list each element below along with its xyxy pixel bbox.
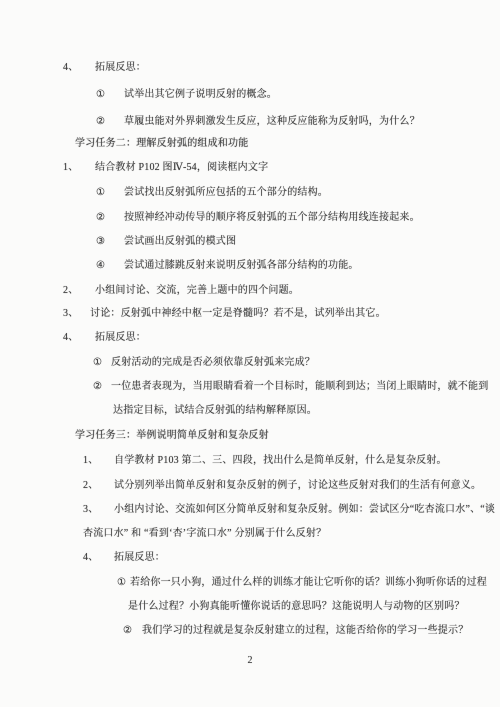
item-text: 是什么过程？小狗真能听懂你说话的意思吗？这能说明人与动物的区别吗？ bbox=[128, 601, 465, 613]
item-text: 杏流口水” 和 “看到‘杏’字流口水” 分别属于什么反射？ bbox=[83, 528, 326, 540]
item-text: 反射活动的完成是否必须依靠反射弧来完成？ bbox=[111, 357, 315, 369]
numbered-item: 4、 拓展反思： bbox=[0, 332, 500, 346]
circled-number: ② bbox=[93, 381, 102, 393]
section-heading: 学习任务三：举例说明简单反射和复杂反射 bbox=[0, 430, 500, 444]
item-number: 1、 bbox=[63, 162, 78, 174]
continuation-line: 达指定目标，试结合反射弧的结构解释原因。 bbox=[0, 405, 500, 419]
item-text: 一位患者表现为，当用眼睛看着一个目标时，能顺利到达；当闭上眼睛时，就不能到 bbox=[111, 381, 488, 393]
numbered-item: 4、 拓展反思： bbox=[0, 62, 500, 76]
item-number: 4、 bbox=[63, 62, 78, 74]
numbered-item: 3、 小组内讨论、交流如何区分简单反射和复杂反射。例如：尝试区分“吃杏流口水”、… bbox=[0, 504, 500, 518]
circled-sub-item: ① 反射活动的完成是否必须依靠反射弧来完成？ bbox=[0, 357, 500, 371]
item-text: 试举出其它例子说明反射的概念。 bbox=[124, 89, 277, 101]
numbered-item: 1、 自学教材 P103 第二、三、四段，找出什么是简单反射，什么是复杂反射。 bbox=[0, 455, 500, 469]
circled-number: ① bbox=[96, 89, 105, 101]
circled-number: ① bbox=[117, 577, 126, 589]
numbered-item: 2、 小组间讨论、交流，完善上题中的四个问题。 bbox=[0, 285, 500, 299]
continuation-line: 是什么过程？小狗真能听懂你说话的意思吗？这能说明人与动物的区别吗？ bbox=[0, 601, 500, 615]
item-number: 2、 bbox=[63, 285, 78, 297]
circled-number: ② bbox=[96, 116, 105, 128]
item-number: 4、 bbox=[63, 332, 78, 344]
circled-number: ① bbox=[93, 357, 102, 369]
item-text: 达指定目标，试结合反射弧的结构解释原因。 bbox=[113, 405, 317, 417]
section-heading-text: 学习任务三：举例说明简单反射和复杂反射 bbox=[75, 430, 269, 442]
item-text: 小组间讨论、交流，完善上题中的四个问题。 bbox=[95, 285, 299, 297]
document-page: 4、 拓展反思： ① 试举出其它例子说明反射的概念。 ② 草履虫能对外界刺激发生… bbox=[0, 0, 500, 707]
item-text: 小组内讨论、交流如何区分简单反射和复杂反射。例如：尝试区分“吃杏流口水”、“谈 bbox=[114, 504, 495, 516]
circled-sub-item: ① 若给你一只小狗，通过什么样的训练才能让它听你的话？训练小狗听你话的过程 bbox=[0, 577, 500, 591]
section-heading-text: 学习任务二：理解反射弧的组成和功能 bbox=[75, 138, 248, 150]
numbered-item: 3、 讨论：反射弧中神经中枢一定是脊髓吗？若不是，试列举出其它。 bbox=[0, 308, 500, 322]
circled-sub-item: ② 按照神经冲动传导的顺序将反射弧的五个部分结构用线连接起来。 bbox=[0, 212, 500, 226]
item-text: 拓展反思： bbox=[95, 332, 146, 344]
circled-sub-item: ② 草履虫能对外界刺激发生反应，这种反应能称为反射吗，为什么？ bbox=[0, 116, 500, 130]
numbered-item: 1、 结合教材 P102 图Ⅳ-54，阅读框内文字 bbox=[0, 162, 500, 176]
circled-sub-item: ③ 尝试画出反射弧的模式图 bbox=[0, 236, 500, 250]
item-number: 4、 bbox=[83, 552, 98, 564]
circled-sub-item: ② 一位患者表现为，当用眼睛看着一个目标时，能顺利到达；当闭上眼睛时，就不能到 bbox=[0, 381, 500, 395]
page-number: 2 bbox=[0, 655, 500, 666]
item-text: 拓展反思： bbox=[114, 552, 165, 564]
item-text: 我们学习的过程就是复杂反射建立的过程，这能否给你的学习一些提示？ bbox=[142, 625, 468, 637]
section-heading: 学习任务二：理解反射弧的组成和功能 bbox=[0, 138, 500, 152]
circled-number: ② bbox=[123, 625, 132, 637]
item-text: 试分别列举出简单反射和复杂反射的例子，讨论这些反射对我们的生活有何意义。 bbox=[114, 480, 481, 492]
circled-sub-item: ① 尝试找出反射弧所应包括的五个部分的结构。 bbox=[0, 187, 500, 201]
circled-sub-item: ② 我们学习的过程就是复杂反射建立的过程，这能否给你的学习一些提示？ bbox=[0, 625, 500, 639]
numbered-item: 2、 试分别列举出简单反射和复杂反射的例子，讨论这些反射对我们的生活有何意义。 bbox=[0, 480, 500, 494]
numbered-item: 4、 拓展反思： bbox=[0, 552, 500, 566]
item-number: 3、 bbox=[63, 308, 78, 320]
item-text: 草履虫能对外界刺激发生反应，这种反应能称为反射吗，为什么？ bbox=[124, 116, 420, 128]
item-text: 自学教材 P103 第二、三、四段，找出什么是简单反射，什么是复杂反射。 bbox=[114, 455, 447, 467]
circled-number: ① bbox=[96, 187, 105, 199]
circled-sub-item: ④ 尝试通过膝跳反射来说明反射弧各部分结构的功能。 bbox=[0, 260, 500, 274]
circled-number: ② bbox=[96, 212, 105, 224]
item-number: 2、 bbox=[83, 480, 98, 492]
item-text: 若给你一只小狗，通过什么样的训练才能让它听你的话？训练小狗听你话的过程 bbox=[130, 577, 487, 589]
circled-number: ③ bbox=[96, 236, 105, 248]
item-number: 1、 bbox=[83, 455, 98, 467]
item-text: 尝试通过膝跳反射来说明反射弧各部分结构的功能。 bbox=[124, 260, 359, 272]
item-text: 讨论：反射弧中神经中枢一定是脊髓吗？若不是，试列举出其它。 bbox=[90, 308, 386, 320]
item-number: 3、 bbox=[83, 504, 98, 516]
item-text: 尝试找出反射弧所应包括的五个部分的结构。 bbox=[124, 187, 328, 199]
item-text: 拓展反思： bbox=[95, 62, 146, 74]
continuation-line: 杏流口水” 和 “看到‘杏’字流口水” 分别属于什么反射？ bbox=[0, 528, 500, 542]
item-text: 尝试画出反射弧的模式图 bbox=[124, 236, 236, 248]
item-text: 结合教材 P102 图Ⅳ-54，阅读框内文字 bbox=[95, 162, 268, 174]
circled-number: ④ bbox=[96, 260, 105, 272]
item-text: 按照神经冲动传导的顺序将反射弧的五个部分结构用线连接起来。 bbox=[124, 212, 420, 224]
circled-sub-item: ① 试举出其它例子说明反射的概念。 bbox=[0, 89, 500, 103]
